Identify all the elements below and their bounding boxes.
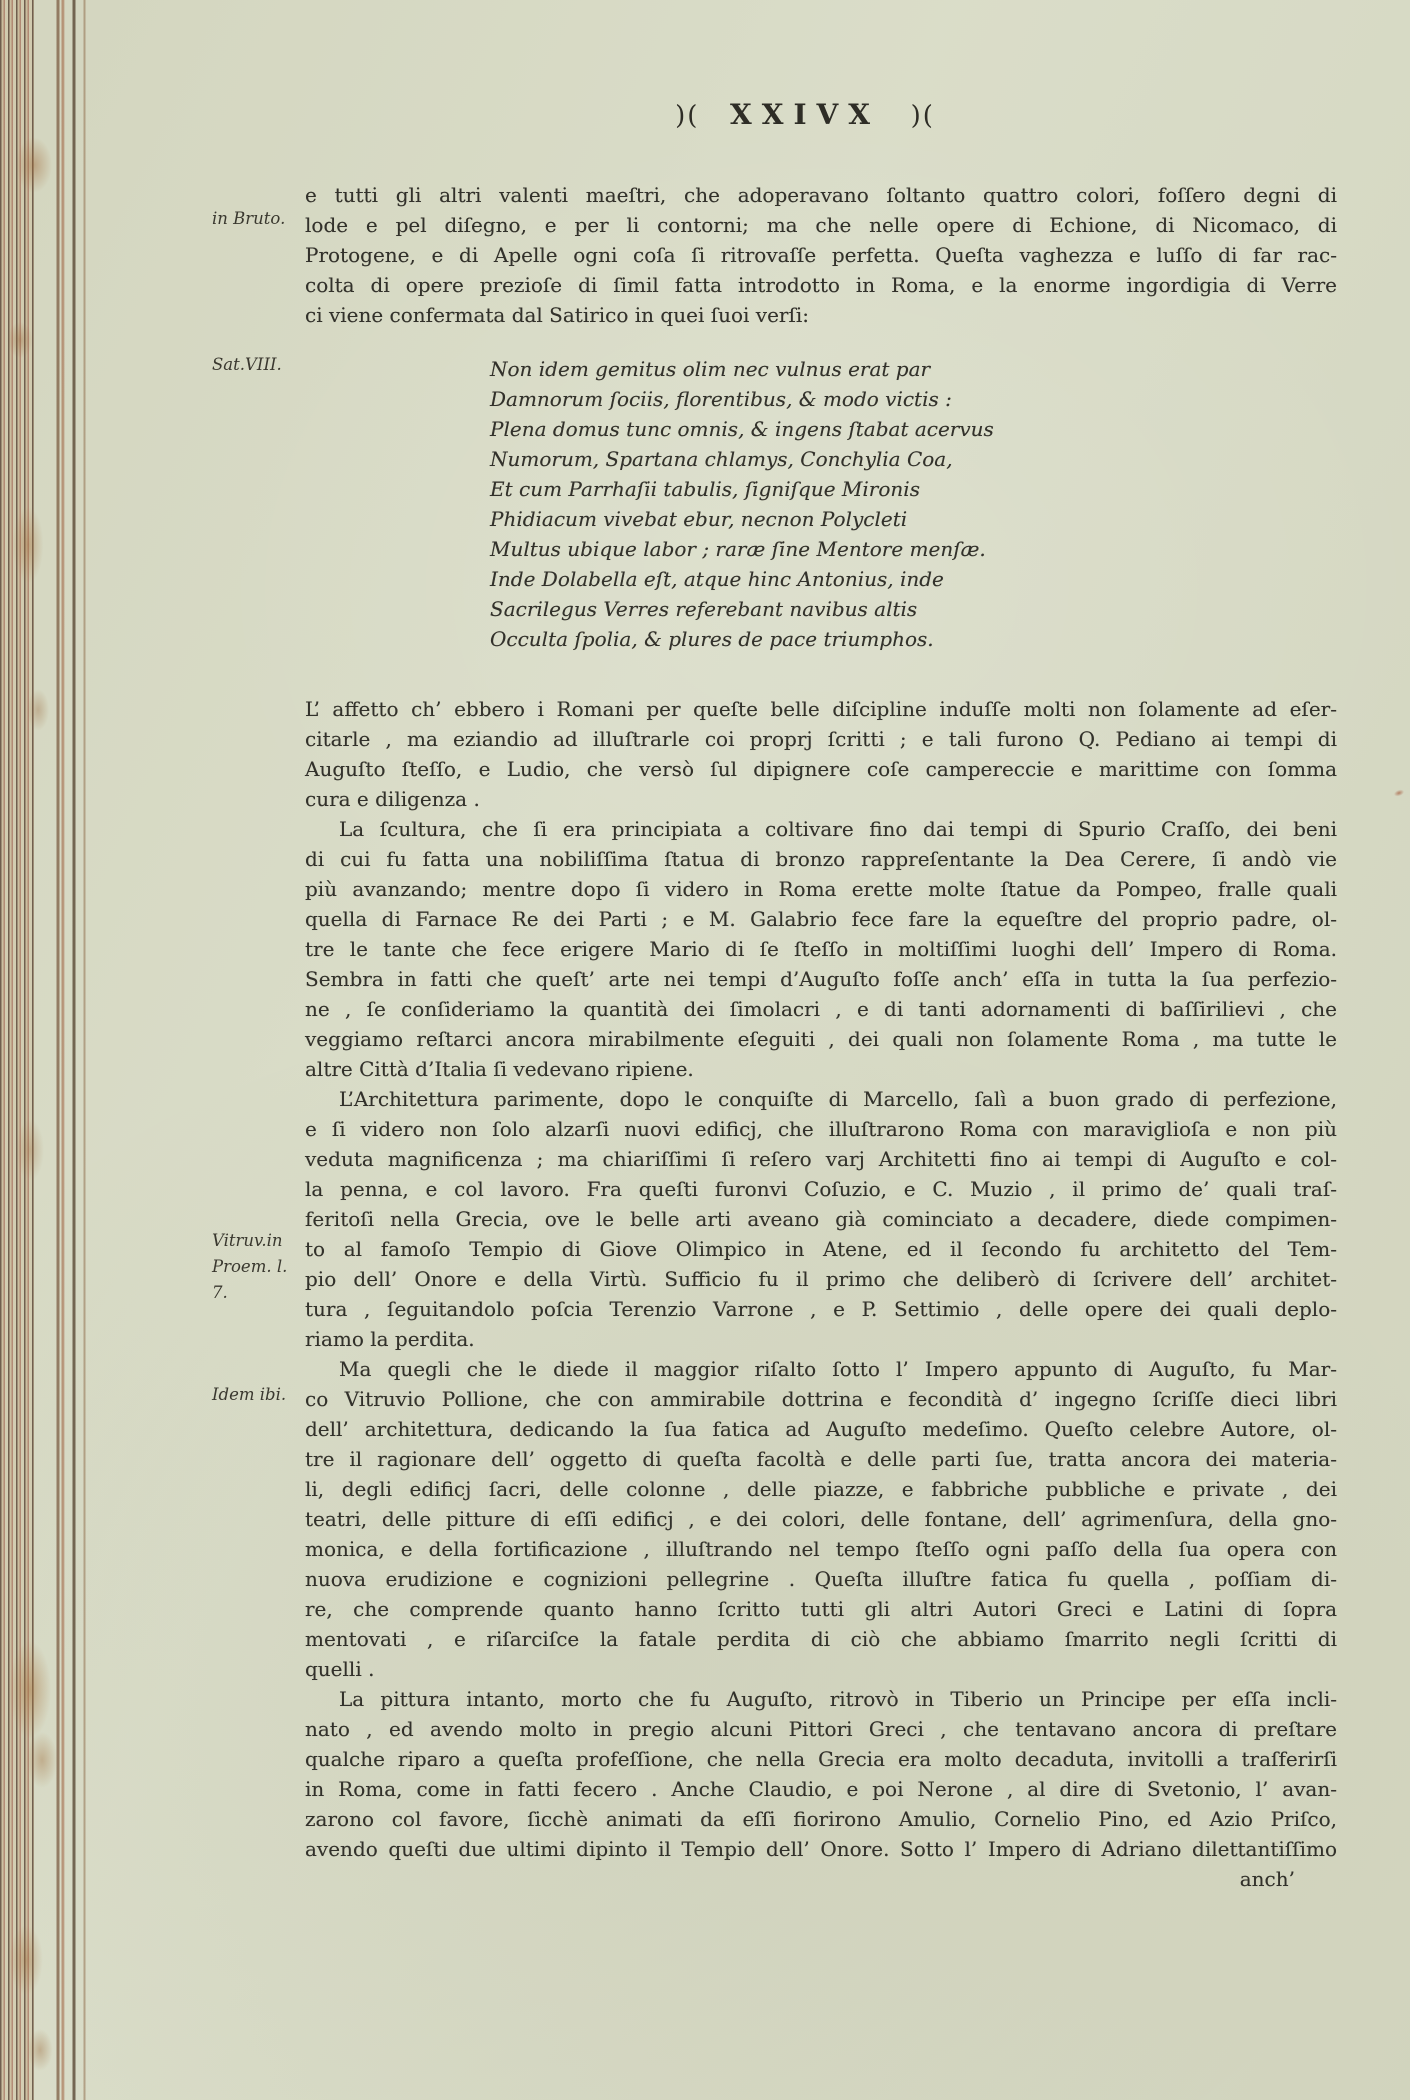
text-line: quella di Farnace Re dei Parti ; e M. Ga… bbox=[305, 904, 1337, 934]
paragraph-scultura: La ſcultura, che ſi era principiata a co… bbox=[305, 814, 1337, 1084]
text-line: Sembra in fatti che queſt’ arte nei temp… bbox=[305, 964, 1337, 994]
catchword: anch’ bbox=[305, 1864, 1337, 1894]
text-line: pio dell’ Onore e della Virtù. Sufficio … bbox=[305, 1264, 1337, 1294]
text-line: Non idem gemitus olim nec vulnus erat pa… bbox=[490, 354, 1337, 384]
binding-page-edges bbox=[0, 0, 95, 2100]
text-line: Damnorum ſociis, florentibus, & modo vic… bbox=[490, 384, 1337, 414]
header-ornament-left: )( bbox=[675, 101, 699, 131]
text-line: feritoſi nella Grecia, ove le belle arti… bbox=[305, 1204, 1337, 1234]
text-line: Idem ibi. bbox=[212, 1382, 308, 1408]
text-line: quelli . bbox=[305, 1654, 1337, 1684]
margin-note-sat-viii: Sat.VIII. bbox=[212, 352, 308, 378]
text-line: Et cum Parrhaſii tabulis, ſigniſque Miro… bbox=[490, 474, 1337, 504]
text-line: altre Città d’Italia ſi vedevano ripiene… bbox=[305, 1054, 1337, 1084]
text-line: L’Architettura parimente, dopo le conqui… bbox=[305, 1084, 1337, 1114]
text-line: e ſi videro non ſolo alzarſi nuovi edifi… bbox=[305, 1114, 1337, 1144]
text-line: di cui fu fatta una nobiliſſima ſtatua d… bbox=[305, 844, 1337, 874]
text-line: La pittura intanto, morto che fu Auguſto… bbox=[305, 1684, 1337, 1714]
text-line: lode e pel diſegno, e per li contorni; m… bbox=[305, 210, 1337, 240]
text-line: Auguſto ſteſſo, e Ludio, che versò ſul d… bbox=[305, 754, 1337, 784]
paragraph-continuation: e tutti gli altri valenti maeſtri, che a… bbox=[305, 180, 1337, 330]
text-line: qualche riparo a queſta profeſſione, che… bbox=[305, 1744, 1337, 1774]
text-line: Sacrilegus Verres referebant navibus alt… bbox=[490, 594, 1337, 624]
text-line: la penna, e col lavoro. Fra queſti furon… bbox=[305, 1174, 1337, 1204]
paragraph-architettura: L’Architettura parimente, dopo le conqui… bbox=[305, 1084, 1337, 1354]
text-line: in Roma, come in fatti fecero . Anche Cl… bbox=[305, 1774, 1337, 1804]
verse-quote: Non idem gemitus olim nec vulnus erat pa… bbox=[305, 354, 1337, 654]
text-line: Inde Dolabella eſt, atque hinc Antonius,… bbox=[490, 564, 1337, 594]
text-line: re, che comprende quanto hanno ſcritto t… bbox=[305, 1594, 1337, 1624]
text-line: nuova erudizione e cognizioni pellegrine… bbox=[305, 1564, 1337, 1594]
text-line: zarono col favore, ſicchè animati da eſſ… bbox=[305, 1804, 1337, 1834]
text-line: Numorum, Spartana chlamys, Conchylia Coa… bbox=[490, 444, 1337, 474]
page-number: XXIVX bbox=[730, 98, 880, 131]
paragraph-affetto: L’ affetto ch’ ebbero i Romani per queſt… bbox=[305, 694, 1337, 814]
text-line: tura , ſeguitandolo poſcia Terenzio Varr… bbox=[305, 1294, 1337, 1324]
paragraph-vitruvio: Ma quegli che le diede il maggior riſalt… bbox=[305, 1354, 1337, 1684]
text-line: veggiamo reſtarci ancora mirabilmente eſ… bbox=[305, 1024, 1337, 1054]
text-line: teatri, delle pitture di eſſi edificj , … bbox=[305, 1504, 1337, 1534]
text-line: Protogene, e di Apelle ogni coſa ſi ritr… bbox=[305, 240, 1337, 270]
text-line: in Bruto. bbox=[212, 206, 308, 232]
book-page: )( XXIVX )( in Bruto. Sat.VIII. Vitruv.i… bbox=[0, 0, 1410, 2100]
text-line: L’ affetto ch’ ebbero i Romani per queſt… bbox=[305, 694, 1337, 724]
text-line: veduta magnificenza ; ma chiariſſimi ſi … bbox=[305, 1144, 1337, 1174]
text-line: più avanzando; mentre dopo ſi videro in … bbox=[305, 874, 1337, 904]
text-line: Proem. l. bbox=[212, 1254, 308, 1280]
paragraph-pittura: La pittura intanto, morto che fu Auguſto… bbox=[305, 1684, 1337, 1864]
text-line: ne , ſe conſideriamo la quantità dei ſim… bbox=[305, 994, 1337, 1024]
text-line: ci viene confermata dal Satirico in quei… bbox=[305, 300, 1337, 330]
text-line: Multus ubique labor ; raræ ſine Mentore … bbox=[490, 534, 1337, 564]
margin-note-vitruv: Vitruv.inProem. l.7. bbox=[212, 1228, 308, 1306]
text-line: Vitruv.in bbox=[212, 1228, 308, 1254]
text-line: monica, e della fortificazione , illuſtr… bbox=[305, 1534, 1337, 1564]
text-line: colta di opere prezioſe di ſimil fatta i… bbox=[305, 270, 1337, 300]
text-line: co Vitruvio Pollione, che con ammirabile… bbox=[305, 1384, 1337, 1414]
text-line: La ſcultura, che ſi era principiata a co… bbox=[305, 814, 1337, 844]
text-line: to al famoſo Tempio di Giove Olimpico in… bbox=[305, 1234, 1337, 1264]
text-line: Phidiacum vivebat ebur, necnon Polycleti bbox=[490, 504, 1337, 534]
text-line: avendo queſti due ultimi dipinto il Temp… bbox=[305, 1834, 1337, 1864]
text-line: nato , ed avendo molto in pregio alcuni … bbox=[305, 1714, 1337, 1744]
page-header: )( XXIVX )( bbox=[305, 98, 1305, 131]
text-line: mentovati , e riſarciſce la fatale perdi… bbox=[305, 1624, 1337, 1654]
text-line: tre le tante che fece erigere Mario di ſ… bbox=[305, 934, 1337, 964]
text-line: li, degli edificj ſacri, delle colonne ,… bbox=[305, 1474, 1337, 1504]
header-ornament-right: )( bbox=[911, 101, 935, 131]
margin-ink-spot bbox=[1391, 786, 1408, 800]
text-line: Ma quegli che le diede il maggior riſalt… bbox=[305, 1354, 1337, 1384]
text-line: Occulta ſpolia, & plures de pace triumph… bbox=[490, 624, 1337, 654]
text-line: 7. bbox=[212, 1280, 308, 1306]
text-line: citarle , ma eziandio ad illuſtrarle coi… bbox=[305, 724, 1337, 754]
margin-note-idem-ibi: Idem ibi. bbox=[212, 1382, 308, 1408]
text-line: tre il ragionare dell’ oggetto di queſta… bbox=[305, 1444, 1337, 1474]
margin-note-in-bruto: in Bruto. bbox=[212, 206, 308, 232]
text-line: riamo la perdita. bbox=[305, 1324, 1337, 1354]
text-line: e tutti gli altri valenti maeſtri, che a… bbox=[305, 180, 1337, 210]
text-line: cura e diligenza . bbox=[305, 784, 1337, 814]
text-line: dell’ architettura, dedicando la ſua fat… bbox=[305, 1414, 1337, 1444]
text-block: e tutti gli altri valenti maeſtri, che a… bbox=[305, 180, 1337, 1894]
text-line: Sat.VIII. bbox=[212, 352, 308, 378]
text-line: Plena domus tunc omnis, & ingens ſtabat … bbox=[490, 414, 1337, 444]
